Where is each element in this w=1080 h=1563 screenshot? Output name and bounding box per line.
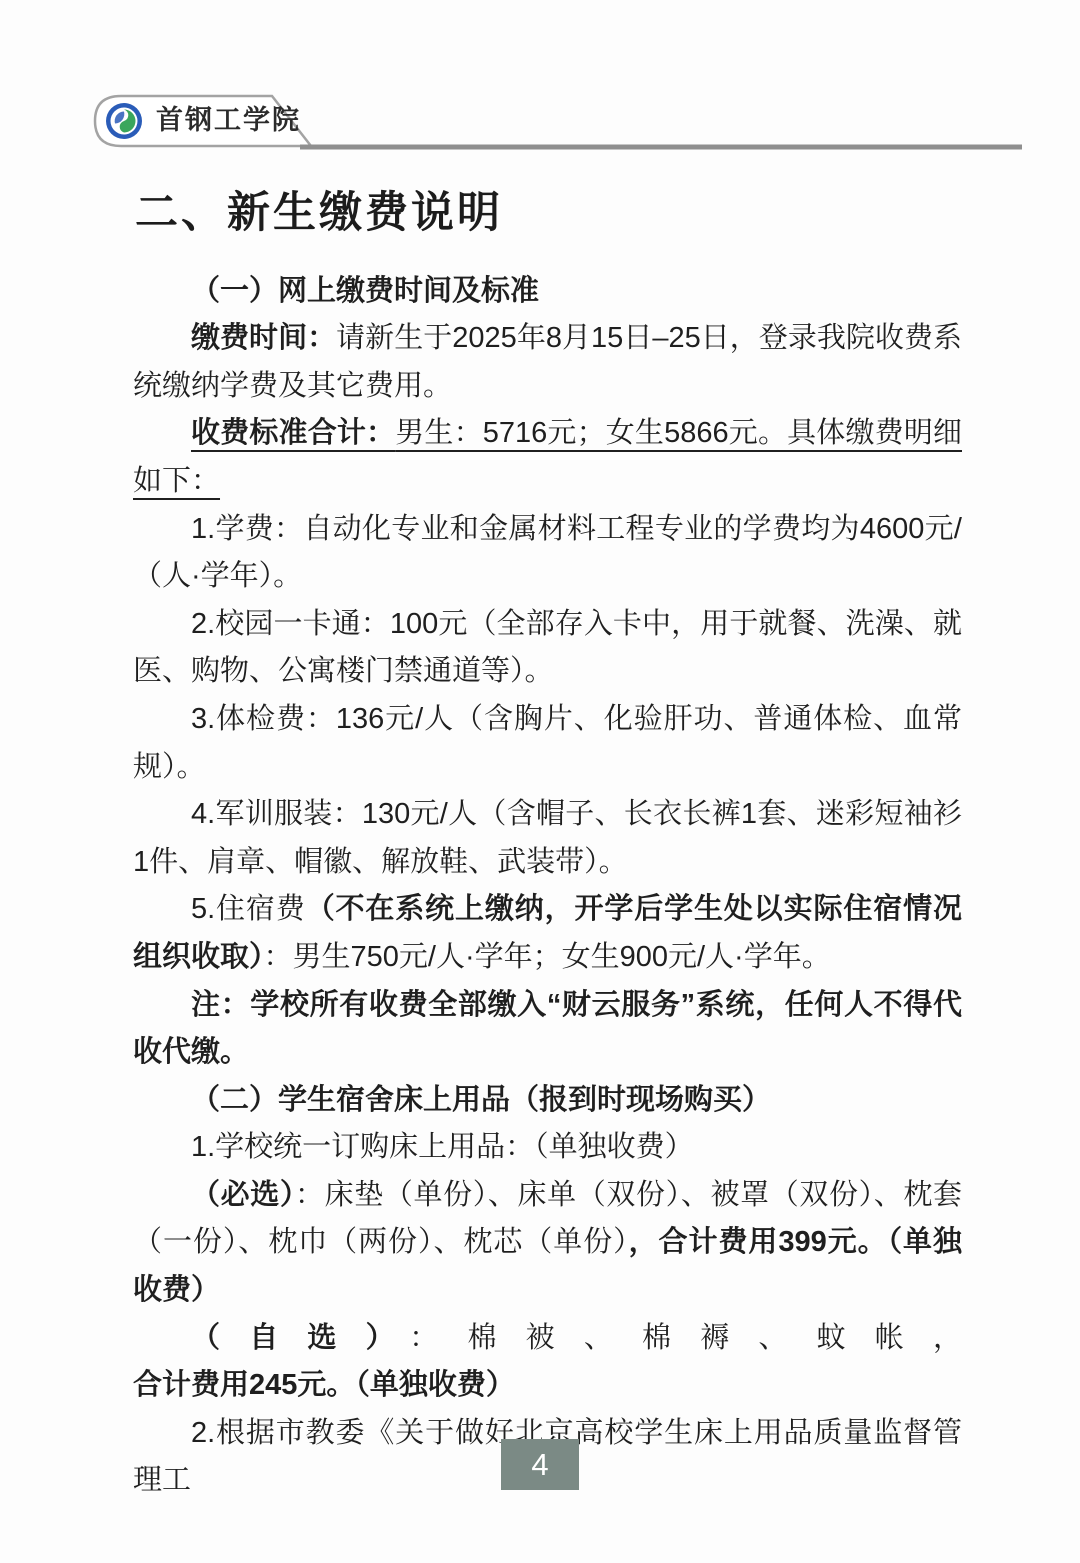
body-text: （一）网上缴费时间及标准缴费时间：请新生于2025年8月15日–25日，登录我院… bbox=[133, 268, 962, 1505]
paragraph: 4.军训服装：130元/人（含帽子、长衣长裤1套、迷彩短袖衫1件、肩章、帽徽、解… bbox=[133, 791, 962, 886]
paragraph: 缴费时间：请新生于2025年8月15日–25日，登录我院收费系统缴纳学费及其它费… bbox=[133, 315, 962, 410]
page-header: 首钢工学院 bbox=[0, 0, 1080, 160]
paragraph: （必选）：床垫（单份）、床单（双份）、被罩（双份）、枕套（一份）、枕巾（两份）、… bbox=[133, 1172, 962, 1315]
header-branding: 首钢工学院 bbox=[104, 98, 301, 144]
text-segment: 1.学校统一订购床上用品：（单独收费） bbox=[191, 1131, 694, 1163]
page-title: 二、新生缴费说明 bbox=[135, 188, 962, 240]
text-segment: ：棉被、棉褥、蚊帐， bbox=[409, 1322, 962, 1354]
school-name: 首钢工学院 bbox=[156, 107, 301, 136]
paragraph: 2.校园一卡通：100元（全部存入卡中，用于就餐、洗澡、就医、购物、公寓楼门禁通… bbox=[133, 601, 962, 696]
text-segment: ：男生750元/人·学年；女生900元/人·学年。 bbox=[264, 941, 831, 973]
text-segment: （一）网上缴费时间及标准 bbox=[191, 275, 539, 307]
paragraph: 收费标准合计：男生：5716元；女生5866元。具体缴费明细如下： bbox=[133, 410, 962, 505]
text-segment: （二）学生宿舍床上用品（报到时现场购买） bbox=[191, 1084, 771, 1116]
paragraph: （一）网上缴费时间及标准 bbox=[133, 268, 962, 316]
paragraph: （二）学生宿舍床上用品（报到时现场购买） bbox=[133, 1077, 962, 1125]
text-segment: （自选） bbox=[191, 1322, 409, 1354]
paragraph: 注：学校所有收费全部缴入“财云服务”系统，任何人不得代收代缴。 bbox=[133, 982, 962, 1077]
text-segment: 3.体检费：136元/人（含胸片、化验肝功、普通体检、血常规）。 bbox=[133, 703, 962, 783]
paragraph: （自选）：棉被、棉褥、蚊帐，合计费用245元。（单独收费） bbox=[133, 1315, 962, 1410]
text-segment: （必选） bbox=[191, 1179, 295, 1211]
school-logo-icon bbox=[104, 101, 144, 141]
paragraph: 5.住宿费（不在系统上缴纳，开学后学生处以实际住宿情况组织收取）：男生750元/… bbox=[133, 886, 962, 981]
text-segment: 1.学费：自动化专业和金属材料工程专业的学费均为4600元/（人·学年）。 bbox=[133, 513, 962, 593]
text-segment: 合计费用245元。（单独收费） bbox=[133, 1369, 515, 1401]
text-segment: 注：学校所有收费全部缴入“财云服务”系统，任何人不得代收代缴。 bbox=[133, 989, 962, 1069]
paragraph: 1.学费：自动化专业和金属材料工程专业的学费均为4600元/（人·学年）。 bbox=[133, 506, 962, 601]
text-segment: 5.住宿费 bbox=[191, 893, 306, 925]
text-segment: 2.校园一卡通：100元（全部存入卡中，用于就餐、洗澡、就医、购物、公寓楼门禁通… bbox=[133, 608, 962, 688]
document-page: 首钢工学院 二、新生缴费说明 （一）网上缴费时间及标准缴费时间：请新生于2025… bbox=[0, 0, 1080, 1563]
document-content: 二、新生缴费说明 （一）网上缴费时间及标准缴费时间：请新生于2025年8月15日… bbox=[133, 188, 962, 1505]
paragraph: 1.学校统一订购床上用品：（单独收费） bbox=[133, 1124, 962, 1172]
text-segment: 缴费时间： bbox=[191, 322, 336, 354]
paragraph: 3.体检费：136元/人（含胸片、化验肝功、普通体检、血常规）。 bbox=[133, 696, 962, 791]
page-number-badge: 4 bbox=[501, 1439, 579, 1490]
text-segment: 4.军训服装：130元/人（含帽子、长衣长裤1套、迷彩短袖衫1件、肩章、帽徽、解… bbox=[133, 798, 962, 878]
text-segment: 收费标准合计： bbox=[191, 417, 395, 449]
